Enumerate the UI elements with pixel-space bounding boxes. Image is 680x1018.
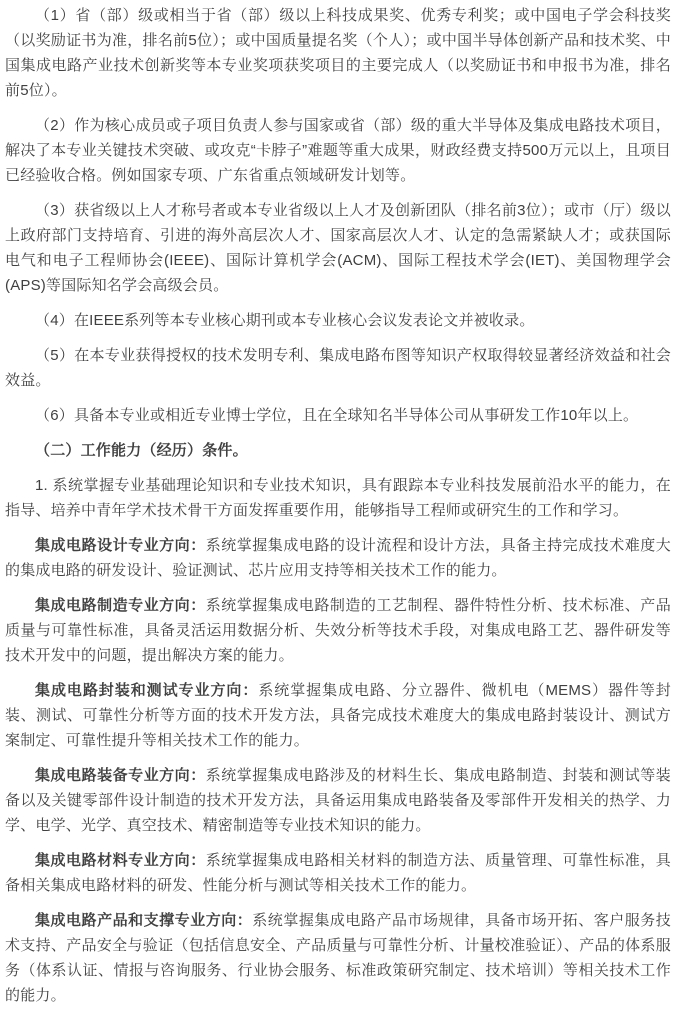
- ability-intro-paragraph: 1. 系统掌握专业基础理论知识和专业技术知识，具有跟踪本专业科技发展前沿水平的能…: [5, 473, 671, 523]
- direction-lead-equipment: 集成电路装备专业方向：: [35, 767, 206, 784]
- direction-lead-product-support: 集成电路产品和支撑专业方向：: [35, 912, 252, 929]
- honor-item-3: （3）获省级以上人才称号者或本专业省级以上人才及创新团队（排名前3位）；或市（厅…: [5, 198, 671, 298]
- honor-item-2: （2）作为核心成员或子项目负责人参与国家或省（部）级的重大半导体及集成电路技术项…: [5, 113, 671, 188]
- document-body: （1）省（部）级或相当于省（部）级以上科技成果奖、优秀专利奖；或中国电子学会科技…: [0, 0, 680, 1008]
- direction-lead-packaging-testing: 集成电路封装和测试专业方向：: [35, 682, 258, 699]
- honor-item-6: （6）具备本专业或相近专业博士学位，且在全球知名半导体公司从事研发工作10年以上…: [5, 403, 671, 428]
- direction-paragraph-materials: 集成电路材料专业方向：系统掌握集成电路相关材料的制造方法、质量管理、可靠性标准，…: [5, 848, 671, 898]
- direction-lead-design: 集成电路设计专业方向：: [35, 537, 206, 554]
- honor-item-4: （4）在IEEE系列等本专业核心期刊或本专业核心会议发表论文并被收录。: [5, 308, 671, 333]
- honor-item-1: （1）省（部）级或相当于省（部）级以上科技成果奖、优秀专利奖；或中国电子学会科技…: [5, 3, 671, 103]
- honor-item-5: （5）在本专业获得授权的技术发明专利、集成电路布图等知识产权取得较显著经济效益和…: [5, 343, 671, 393]
- direction-paragraph-equipment: 集成电路装备专业方向：系统掌握集成电路涉及的材料生长、集成电路制造、封装和测试等…: [5, 763, 671, 838]
- direction-paragraph-manufacturing: 集成电路制造专业方向：系统掌握集成电路制造的工艺制程、器件特性分析、技术标准、产…: [5, 593, 671, 668]
- section-heading-work-ability: （二）工作能力（经历）条件。: [5, 438, 671, 463]
- direction-paragraph-packaging-testing: 集成电路封装和测试专业方向：系统掌握集成电路、分立器件、微机电（MEMS）器件等…: [5, 678, 671, 753]
- direction-lead-manufacturing: 集成电路制造专业方向：: [35, 597, 206, 614]
- direction-paragraph-design: 集成电路设计专业方向：系统掌握集成电路的设计流程和设计方法，具备主持完成技术难度…: [5, 533, 671, 583]
- direction-paragraph-product-support: 集成电路产品和支撑专业方向：系统掌握集成电路产品市场规律，具备市场开拓、客户服务…: [5, 908, 671, 1008]
- direction-lead-materials: 集成电路材料专业方向：: [35, 852, 206, 869]
